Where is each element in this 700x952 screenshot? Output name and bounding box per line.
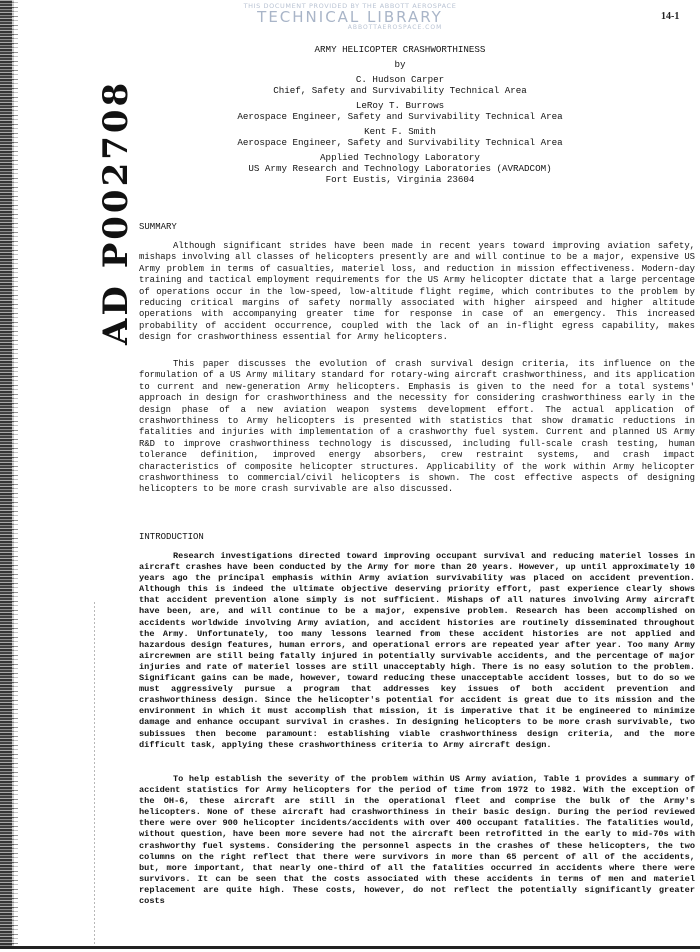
affiliation-org: US Army Research and Technology Laborato…	[200, 163, 600, 174]
affiliation-address: Fort Eustis, Virginia 23604	[200, 174, 600, 185]
byline: by	[200, 59, 600, 70]
author-name: C. Hudson Carper	[200, 74, 600, 85]
paper-title: ARMY HELICOPTER CRASHWORTHINESS	[200, 44, 600, 55]
affiliation-lab: Applied Technology Laboratory	[200, 152, 600, 163]
page-number: 14-1	[661, 11, 679, 22]
summary-paragraph: This paper discusses the evolution of cr…	[139, 359, 695, 496]
library-watermark: This document provided by the Abbott Aer…	[200, 2, 500, 31]
scan-edge-noise-inner	[12, 0, 18, 948]
introduction-paragraph: To help establish the severity of the pr…	[139, 774, 695, 907]
title-block: ARMY HELICOPTER CRASHWORTHINESS by C. Hu…	[200, 44, 600, 185]
author-name: LeRoy T. Burrows	[200, 100, 600, 111]
page-bottom-edge	[0, 946, 700, 949]
summary-heading: SUMMARY	[139, 222, 177, 232]
introduction-paragraph: Research investigations directed toward …	[139, 551, 695, 751]
author-role: Chief, Safety and Survivability Technica…	[200, 85, 600, 96]
watermark-title: TECHNICAL LIBRARY	[200, 10, 500, 24]
scan-fold-line	[94, 600, 95, 948]
author-role: Aerospace Engineer, Safety and Survivabi…	[200, 111, 600, 122]
introduction-heading: INTRODUCTION	[139, 532, 204, 542]
accession-number-stamp: AD P002708	[96, 80, 136, 345]
author-name: Kent F. Smith	[200, 126, 600, 137]
author-role: Aerospace Engineer, Safety and Survivabi…	[200, 137, 600, 148]
summary-paragraph: Although significant strides have been m…	[139, 241, 695, 344]
